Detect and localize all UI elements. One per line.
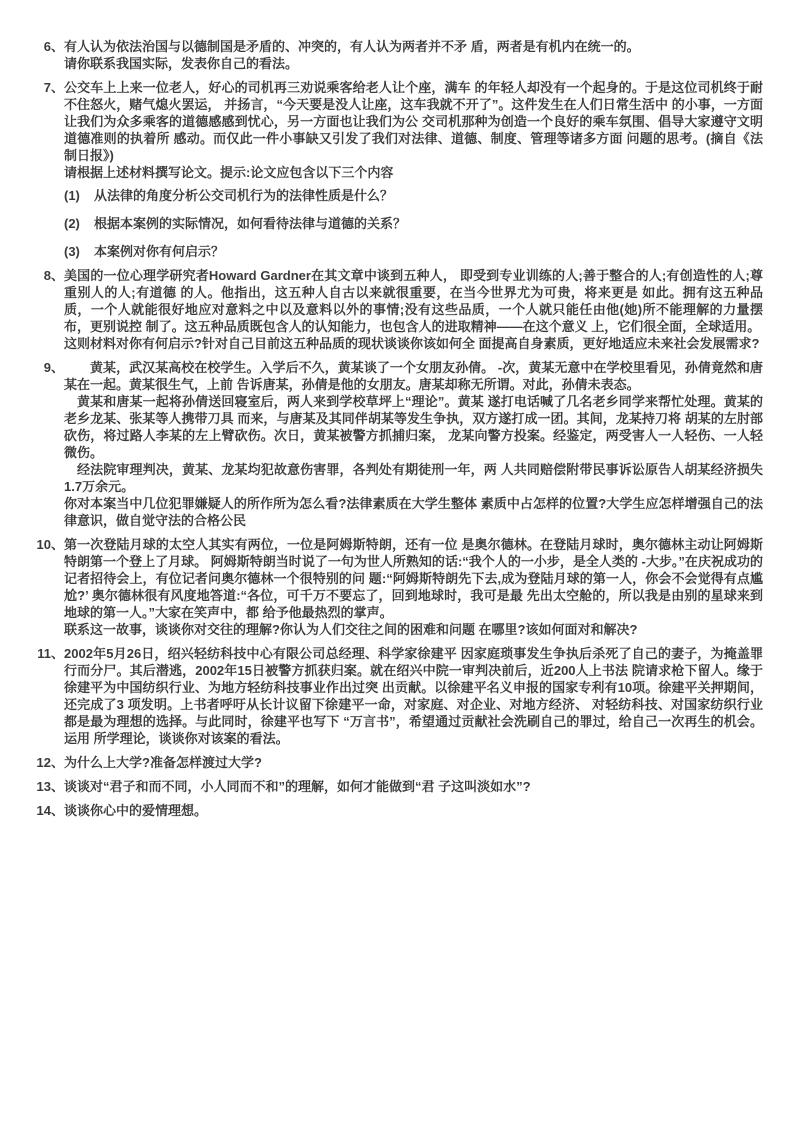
question-paragraph: 谈谈你心中的爱情理想。 <box>64 802 763 819</box>
question-paragraph: 美国的一位心理学研究者Howard Gardner在其文章中谈到五种人， 即受到… <box>64 267 763 335</box>
question-item: 14、 谈谈你心中的爱情理想。 <box>0 802 763 819</box>
question-paragraph: 请根据上述材料撰写论文。提示:论文应包含以下三个内容 <box>64 164 763 181</box>
question-paragraph: 有人认为依法治国与以德制国是矛盾的、冲突的，有人认为两者并不矛 盾，两者是有机内… <box>64 38 763 55</box>
question-paragraph: 谈谈对“君子和而不同，小人同而不和”的理解，如何才能做到“君 子这叫淡如水”? <box>64 778 763 795</box>
sub-question-label: (2) <box>64 215 94 232</box>
question-number: 13、 <box>0 778 64 795</box>
sub-question: (1) 从法律的角度分析公交司机行为的法律性质是什么？ <box>64 187 763 204</box>
question-paragraph: 第一次登陆月球的太空人其实有两位，一位是阿姆斯特朗，还有一位 是奥尔德林。在登陆… <box>64 536 763 621</box>
question-paragraph: 你对本案当中几位犯罪嫌疑人的所作所为怎么看?法律素质在大学生整体 素质中占怎样的… <box>64 495 763 529</box>
sub-question-label: (3) <box>64 243 94 260</box>
question-body: 第一次登陆月球的太空人其实有两位，一位是阿姆斯特朗，还有一位 是奥尔德林。在登陆… <box>64 536 763 638</box>
question-item: 11、 2002年5月26日，绍兴轻纺科技中心有限公司总经理、科学家徐建平 因家… <box>0 645 763 747</box>
question-number: 7、 <box>0 79 64 260</box>
question-item: 8、 美国的一位心理学研究者Howard Gardner在其文章中谈到五种人， … <box>0 267 763 352</box>
question-item: 10、 第一次登陆月球的太空人其实有两位，一位是阿姆斯特朗，还有一位 是奥尔德林… <box>0 536 763 638</box>
question-item: 12、 为什么上大学?准备怎样渡过大学? <box>0 754 763 771</box>
question-number: 14、 <box>0 802 64 819</box>
question-number: 9、 <box>0 359 64 529</box>
question-paragraph: 公交车上上来一位老人，好心的司机再三劝说乘客给老人让个座，满车 的年轻人却没有一… <box>64 79 763 164</box>
question-number: 12、 <box>0 754 64 771</box>
question-paragraph: 请你联系我国实际，发表你自己的看法。 <box>64 55 763 72</box>
sub-question-text: 从法律的角度分析公交司机行为的法律性质是什么？ <box>94 187 763 204</box>
question-item: 7、 公交车上上来一位老人，好心的司机再三劝说乘客给老人让个座，满车 的年轻人却… <box>0 79 763 260</box>
question-paragraph: 联系这一故事，谈谈你对交往的理解?你认为人们交往之间的困难和问题 在哪里?该如何… <box>64 621 763 638</box>
sub-question: (3) 本案例对你有何启示？ <box>64 243 763 260</box>
question-paragraph: 经法院审理判决，黄某、龙某均犯故意伤害罪，各判处有期徒刑一年，两 人共同赔偿附带… <box>64 461 763 495</box>
sub-question-text: 本案例对你有何启示？ <box>94 243 763 260</box>
question-paragraph: 这则材料对你有何启示?针对自己目前这五种品质的现状谈谈你该如何全 面提高自身素质… <box>64 335 763 352</box>
sub-question: (2) 根据本案例的实际情况，如何看待法律与道德的关系？ <box>64 215 763 232</box>
question-body: 美国的一位心理学研究者Howard Gardner在其文章中谈到五种人， 即受到… <box>64 267 763 352</box>
sub-question-label: (1) <box>64 187 94 204</box>
question-paragraph: 为什么上大学?准备怎样渡过大学? <box>64 754 763 771</box>
sub-question-text: 根据本案例的实际情况，如何看待法律与道德的关系？ <box>94 215 763 232</box>
document-page: 6、 有人认为依法治国与以德制国是矛盾的、冲突的，有人认为两者并不矛 盾，两者是… <box>0 0 793 1122</box>
question-body: 有人认为依法治国与以德制国是矛盾的、冲突的，有人认为两者并不矛 盾，两者是有机内… <box>64 38 763 72</box>
question-item: 13、 谈谈对“君子和而不同，小人同而不和”的理解，如何才能做到“君 子这叫淡如… <box>0 778 763 795</box>
question-body: 谈谈对“君子和而不同，小人同而不和”的理解，如何才能做到“君 子这叫淡如水”? <box>64 778 763 795</box>
question-body: 谈谈你心中的爱情理想。 <box>64 802 763 819</box>
question-number: 6、 <box>0 38 64 72</box>
question-number: 8、 <box>0 267 64 352</box>
question-item: 6、 有人认为依法治国与以德制国是矛盾的、冲突的，有人认为两者并不矛 盾，两者是… <box>0 38 763 72</box>
question-number: 10、 <box>0 536 64 638</box>
question-body: 为什么上大学?准备怎样渡过大学? <box>64 754 763 771</box>
question-body: 2002年5月26日，绍兴轻纺科技中心有限公司总经理、科学家徐建平 因家庭琐事发… <box>64 645 763 747</box>
question-paragraph: 黄某和唐某一起将孙倩送回寝室后，两人来到学校草坪上“理论”。黄某 遂打电话喊了几… <box>64 393 763 461</box>
question-paragraph: 黄某，武汉某高校在校学生。入学后不久，黄某谈了一个女朋友孙倩。 -次，黄某无意中… <box>64 359 763 393</box>
question-paragraph: 2002年5月26日，绍兴轻纺科技中心有限公司总经理、科学家徐建平 因家庭琐事发… <box>64 645 763 747</box>
question-body: 公交车上上来一位老人，好心的司机再三劝说乘客给老人让个座，满车 的年轻人却没有一… <box>64 79 763 260</box>
question-number: 11、 <box>0 645 64 747</box>
question-body: 黄某，武汉某高校在校学生。入学后不久，黄某谈了一个女朋友孙倩。 -次，黄某无意中… <box>64 359 763 529</box>
question-item: 9、 黄某，武汉某高校在校学生。入学后不久，黄某谈了一个女朋友孙倩。 -次，黄某… <box>0 359 763 529</box>
